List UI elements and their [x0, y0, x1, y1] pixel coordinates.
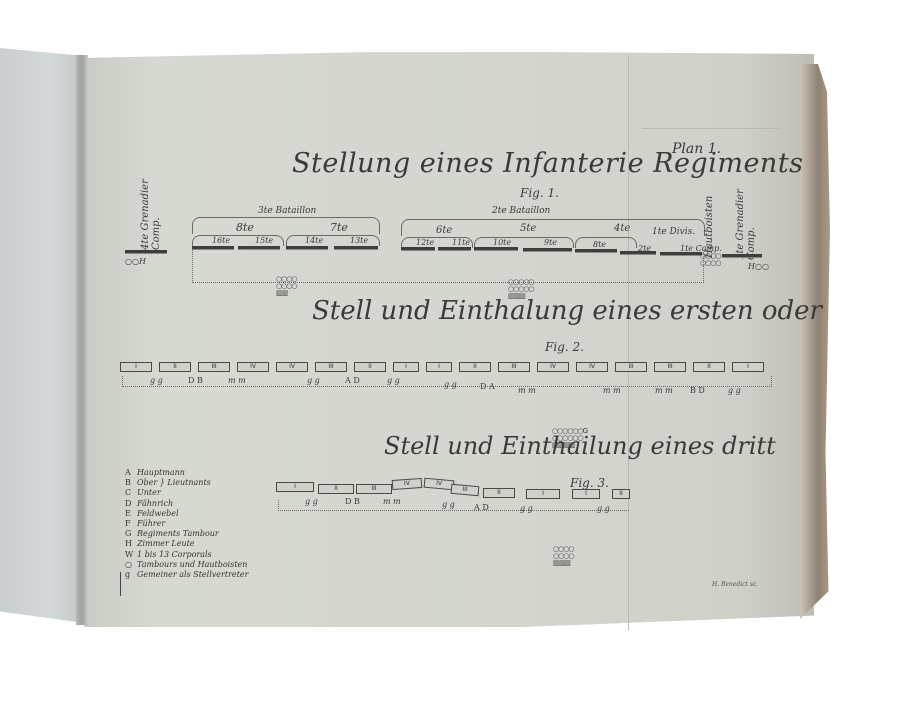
fig2-section: II: [354, 362, 386, 372]
battalion-3-label: 3te Bataillon: [258, 206, 316, 216]
fig3-marker: g g: [520, 504, 533, 513]
right-grenadier-marker: H○○: [748, 262, 769, 271]
division-7: 7te: [330, 221, 348, 234]
fig1-title: Stellung eines Infanterie Regiments: [292, 148, 804, 179]
legend-label: Gemeiner als Stellvertreter: [137, 570, 248, 579]
page-edges: [800, 64, 830, 619]
company-12: 12te: [416, 238, 434, 247]
left-grenadier-bar: [125, 250, 167, 254]
company-16: 16te: [212, 236, 230, 245]
fig2-marker: D A: [480, 382, 495, 391]
legend-key: ○: [125, 560, 137, 570]
fig3-section: I: [276, 482, 314, 492]
company-11: 11te: [452, 238, 470, 247]
company-9: 9te: [544, 238, 557, 247]
legend-item: FFührer: [125, 519, 248, 529]
fig3-marker: g g: [442, 500, 455, 509]
legend-label: Zimmer Leute: [137, 539, 195, 548]
fig2-section: IV: [237, 362, 269, 372]
fig2-marker: B D: [690, 386, 705, 395]
fig2-marker: m m: [655, 386, 673, 395]
fig2-section: I: [732, 362, 764, 372]
legend-key: g: [125, 570, 137, 580]
fig2-label: Fig. 2.: [545, 340, 584, 354]
fig2-marker: m m: [603, 386, 621, 395]
fig2-section: I: [393, 362, 419, 372]
fig3-marker: A D: [474, 503, 489, 512]
legend-label: Feldwebel: [137, 509, 179, 518]
fig3-section: III: [356, 484, 392, 494]
left-grenadier-marker: ○○H: [125, 257, 146, 266]
right-grenadier-bar: [722, 254, 762, 258]
hautboisten-label: Hautboisten: [704, 196, 715, 258]
legend-item: AHauptmann: [125, 468, 248, 478]
division-4: 4te: [614, 223, 630, 234]
division-6: 6te: [436, 225, 452, 236]
company-14: 14te: [305, 236, 323, 245]
legend-label: Unter: [137, 488, 161, 497]
battalion-2-label: 2te Bataillon: [492, 206, 550, 216]
legend-label: Regiments Tambour: [137, 529, 219, 538]
fig2-marker: m m: [518, 386, 536, 395]
fig2-section: II: [459, 362, 491, 372]
fig3-marker: D B: [345, 497, 360, 506]
legend-label: Tambours und Hautboisten: [137, 560, 247, 569]
fig2-section: IV: [576, 362, 608, 372]
legend-label: Ober } Lieutnants: [137, 478, 211, 487]
fig2-marker: g g: [387, 376, 400, 385]
company-13: 13te: [350, 236, 368, 245]
fig2-section: III: [615, 362, 647, 372]
fig2-section: I: [120, 362, 152, 372]
legend-key: A: [125, 468, 137, 478]
left-book-page: [0, 48, 84, 623]
legend-label: Fähnrich: [137, 499, 173, 508]
fig2-marker: g g: [728, 386, 741, 395]
fig2-section: III: [198, 362, 230, 372]
legend-label: 1 bis 13 Corporals: [137, 550, 212, 559]
fig3-section: I: [572, 489, 600, 499]
fig2-section: III: [654, 362, 686, 372]
legend-key: E: [125, 509, 137, 519]
legend-key: D: [125, 499, 137, 509]
legend-key: F: [125, 519, 137, 529]
fig2-section: IV: [537, 362, 569, 372]
fig3-drummers-bottom: ○○○○○○○○▥▥▥: [553, 546, 573, 567]
fig2-marker: g g: [150, 376, 163, 385]
book-gutter: [76, 55, 88, 625]
regiment-rear-line: [192, 250, 704, 283]
legend-item: ○Tambours und Hautboisten: [125, 560, 248, 570]
fig2-section: III: [315, 362, 347, 372]
legend-key: G: [125, 529, 137, 539]
company-8: 8te: [593, 240, 606, 249]
legend-item: BOber } Lieutnants: [125, 478, 248, 488]
legend-item: EFeldwebel: [125, 509, 248, 519]
drummers-group-1: ○○○○○○○○▥▥: [276, 276, 296, 297]
fig3-marker: m m: [383, 497, 401, 506]
fig3-label: Fig. 3.: [570, 476, 609, 490]
fig2-section: II: [159, 362, 191, 372]
legend-item: DFähnrich: [125, 499, 248, 509]
legend-item: HZimmer Leute: [125, 539, 248, 549]
first-division: 1te Divis.: [652, 227, 695, 237]
fig2-marker: A D: [345, 376, 360, 385]
fig2-title: Stell und Einthalung eines ersten oder: [312, 296, 822, 326]
plate-fold-line: [628, 55, 629, 630]
fig1-label: Fig. 1.: [520, 186, 559, 200]
fig2-section: III: [498, 362, 530, 372]
division-8: 8te: [236, 221, 254, 234]
fig2-marker: g g: [307, 376, 320, 385]
plate-border: [642, 128, 780, 131]
legend: AHauptmann BOber } Lieutnants CUnter DFä…: [125, 468, 248, 580]
legend-key: W: [125, 550, 137, 560]
fig2-sections-row: I II III IV IV III II I I II III IV IV I…: [120, 362, 770, 374]
fig2-section: I: [426, 362, 452, 372]
legend-key: C: [125, 488, 137, 498]
fig2-marker: m m: [228, 376, 246, 385]
division-5: 5te: [520, 223, 536, 234]
fig3-section: IV: [392, 478, 423, 490]
company-10: 10te: [493, 238, 511, 247]
margin-mark: [120, 572, 121, 596]
legend-item: GRegiments Tambour: [125, 529, 248, 539]
company-15: 15te: [255, 236, 273, 245]
legend-item: CUnter: [125, 488, 248, 498]
fig3-title: Stell und Einthailung eines dritt: [384, 432, 776, 460]
fig3-section: II: [483, 488, 515, 498]
right-grenadier-label: 1te Grenadier Comp.: [735, 180, 757, 260]
left-grenadier-label: 4te Grenadier Comp.: [140, 170, 162, 250]
legend-label: Führer: [137, 519, 165, 528]
fig2-section: II: [693, 362, 725, 372]
fig2-section: IV: [276, 362, 308, 372]
engraver-signature: H. Benedict sc.: [712, 581, 758, 588]
fig3-section: I: [526, 489, 560, 499]
fig3-marker: g g: [305, 497, 318, 506]
legend-key: B: [125, 478, 137, 488]
fig2-marker: D B: [188, 376, 203, 385]
legend-label: Hauptmann: [137, 468, 185, 477]
fig2-marker: g g: [444, 380, 457, 389]
fig3-marker: g g: [597, 504, 610, 513]
battalion-3-bracket: [192, 217, 380, 234]
fig3-section: II: [318, 484, 354, 494]
legend-key: H: [125, 539, 137, 549]
legend-item: gGemeiner als Stellvertreter: [125, 570, 248, 580]
fig3-section: II: [612, 489, 630, 499]
legend-item: W1 bis 13 Corporals: [125, 550, 248, 560]
